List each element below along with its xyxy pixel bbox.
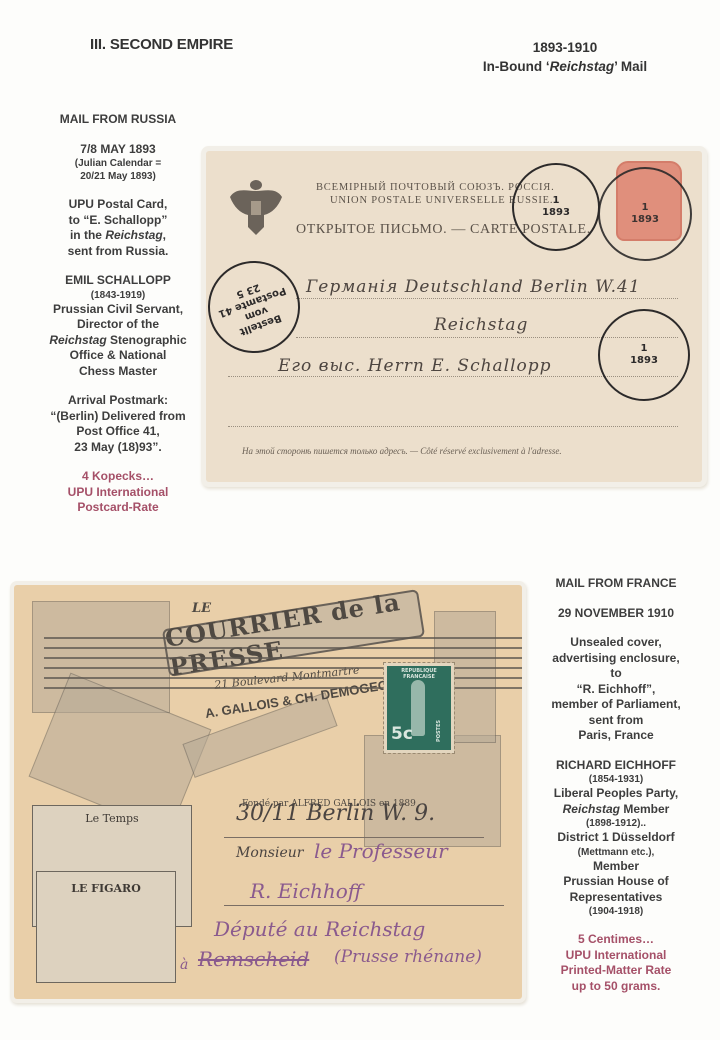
russia-description: MAIL FROM RUSSIA 7/8 MAY 1893 (Julian Ca…	[38, 112, 198, 516]
machine-cancel-line	[44, 657, 522, 659]
recipient-name: EMIL SCHALLOPP	[38, 273, 198, 289]
handwritten-struck-town: Remscheid	[198, 947, 309, 971]
section-title: III. SECOND EMPIRE	[90, 36, 233, 53]
russia-item-description: UPU Postal Card, to “E. Schallopp” in th…	[38, 197, 198, 259]
machine-cancel-line	[44, 647, 522, 649]
russian-postmark: 11893	[598, 309, 690, 401]
machine-cancel-line	[44, 637, 522, 639]
handwritten-title: le Professeur	[314, 839, 448, 863]
france-date: 29 NOVEMBER 1910	[530, 606, 702, 622]
address-line	[296, 298, 678, 299]
france-heading: MAIL FROM FRANCE	[530, 576, 702, 592]
france-recipient-bio: RICHARD EICHHOFF (1854-1931) Liberal Peo…	[530, 758, 702, 919]
handwritten-region: (Prusse rhénane)	[334, 947, 482, 967]
handwritten-deputy: Député au Reichstag	[214, 917, 425, 941]
handwritten-recipient-name: R. Eichhoff	[250, 879, 362, 903]
address-underline	[224, 837, 484, 838]
french-cover-image: LE COURRIER de la PRESSE 21 Boulevard Mo…	[14, 585, 522, 999]
postcard-footer-note: На этой сторонѣ пишется только адресъ. —…	[242, 446, 562, 456]
russian-postmark: 11893	[512, 163, 600, 251]
handwritten-country-city: Германія Deutschland Berlin W.41	[306, 277, 641, 297]
recipient-name: RICHARD EICHHOFF	[530, 758, 702, 774]
newspaper-le-figaro: LE FIGARO	[36, 871, 176, 983]
handwritten-prefix: à	[180, 957, 188, 973]
france-postage-rate: 5 Centimes… UPU International Printed-Ma…	[530, 932, 702, 994]
page-heading: 1893-1910 In-Bound ‘Reichstag’ Mail	[440, 38, 690, 76]
france-item-description: Unsealed cover, advertising enclosure, t…	[530, 635, 702, 744]
russian-postmark: 11893	[598, 167, 692, 261]
handwritten-recipient: Его выс. Herrn E. Schallopp	[278, 356, 552, 376]
address-line	[228, 426, 678, 427]
page-subtitle: In-Bound ‘Reichstag’ Mail	[440, 57, 690, 76]
russia-recipient-bio: EMIL SCHALLOPP (1843-1919) Prussian Civi…	[38, 273, 198, 379]
arrival-postmark-note: Arrival Postmark: “(Berlin) Delivered fr…	[38, 393, 198, 455]
cover-le: LE	[192, 601, 211, 616]
russian-postcard-image: ВСЕМІРНЫЙ ПОЧТОВЫЙ СОЮЗЪ. РОССІЯ. UNION …	[206, 151, 702, 482]
berlin-arrival-postmark: Bestellt vom Postamte 41 23 5	[206, 248, 313, 366]
france-description: MAIL FROM FRANCE 29 NOVEMBER 1910 Unseal…	[530, 576, 702, 994]
russia-postage-rate: 4 Kopecks… UPU International Postcard-Ra…	[38, 469, 198, 516]
handwritten-reichstag: Reichstag	[434, 315, 528, 335]
russia-date-block: 7/8 MAY 1893 (Julian Calendar = 20/21 Ma…	[38, 142, 198, 184]
sower-figure-icon	[411, 680, 425, 736]
imperial-eagle-icon	[226, 177, 286, 237]
russia-heading: MAIL FROM RUSSIA	[38, 112, 198, 128]
russia-date: 7/8 MAY 1893	[38, 142, 198, 158]
printed-monsieur: Monsieur	[236, 845, 303, 861]
french-5c-sower-stamp: REPUBLIQUE FRANCAISE 5c POSTES	[384, 663, 454, 753]
date-range: 1893-1910	[440, 38, 690, 57]
handwritten-date-city: 30/11 Berlin W. 9.	[236, 801, 435, 826]
address-underline	[224, 905, 504, 906]
